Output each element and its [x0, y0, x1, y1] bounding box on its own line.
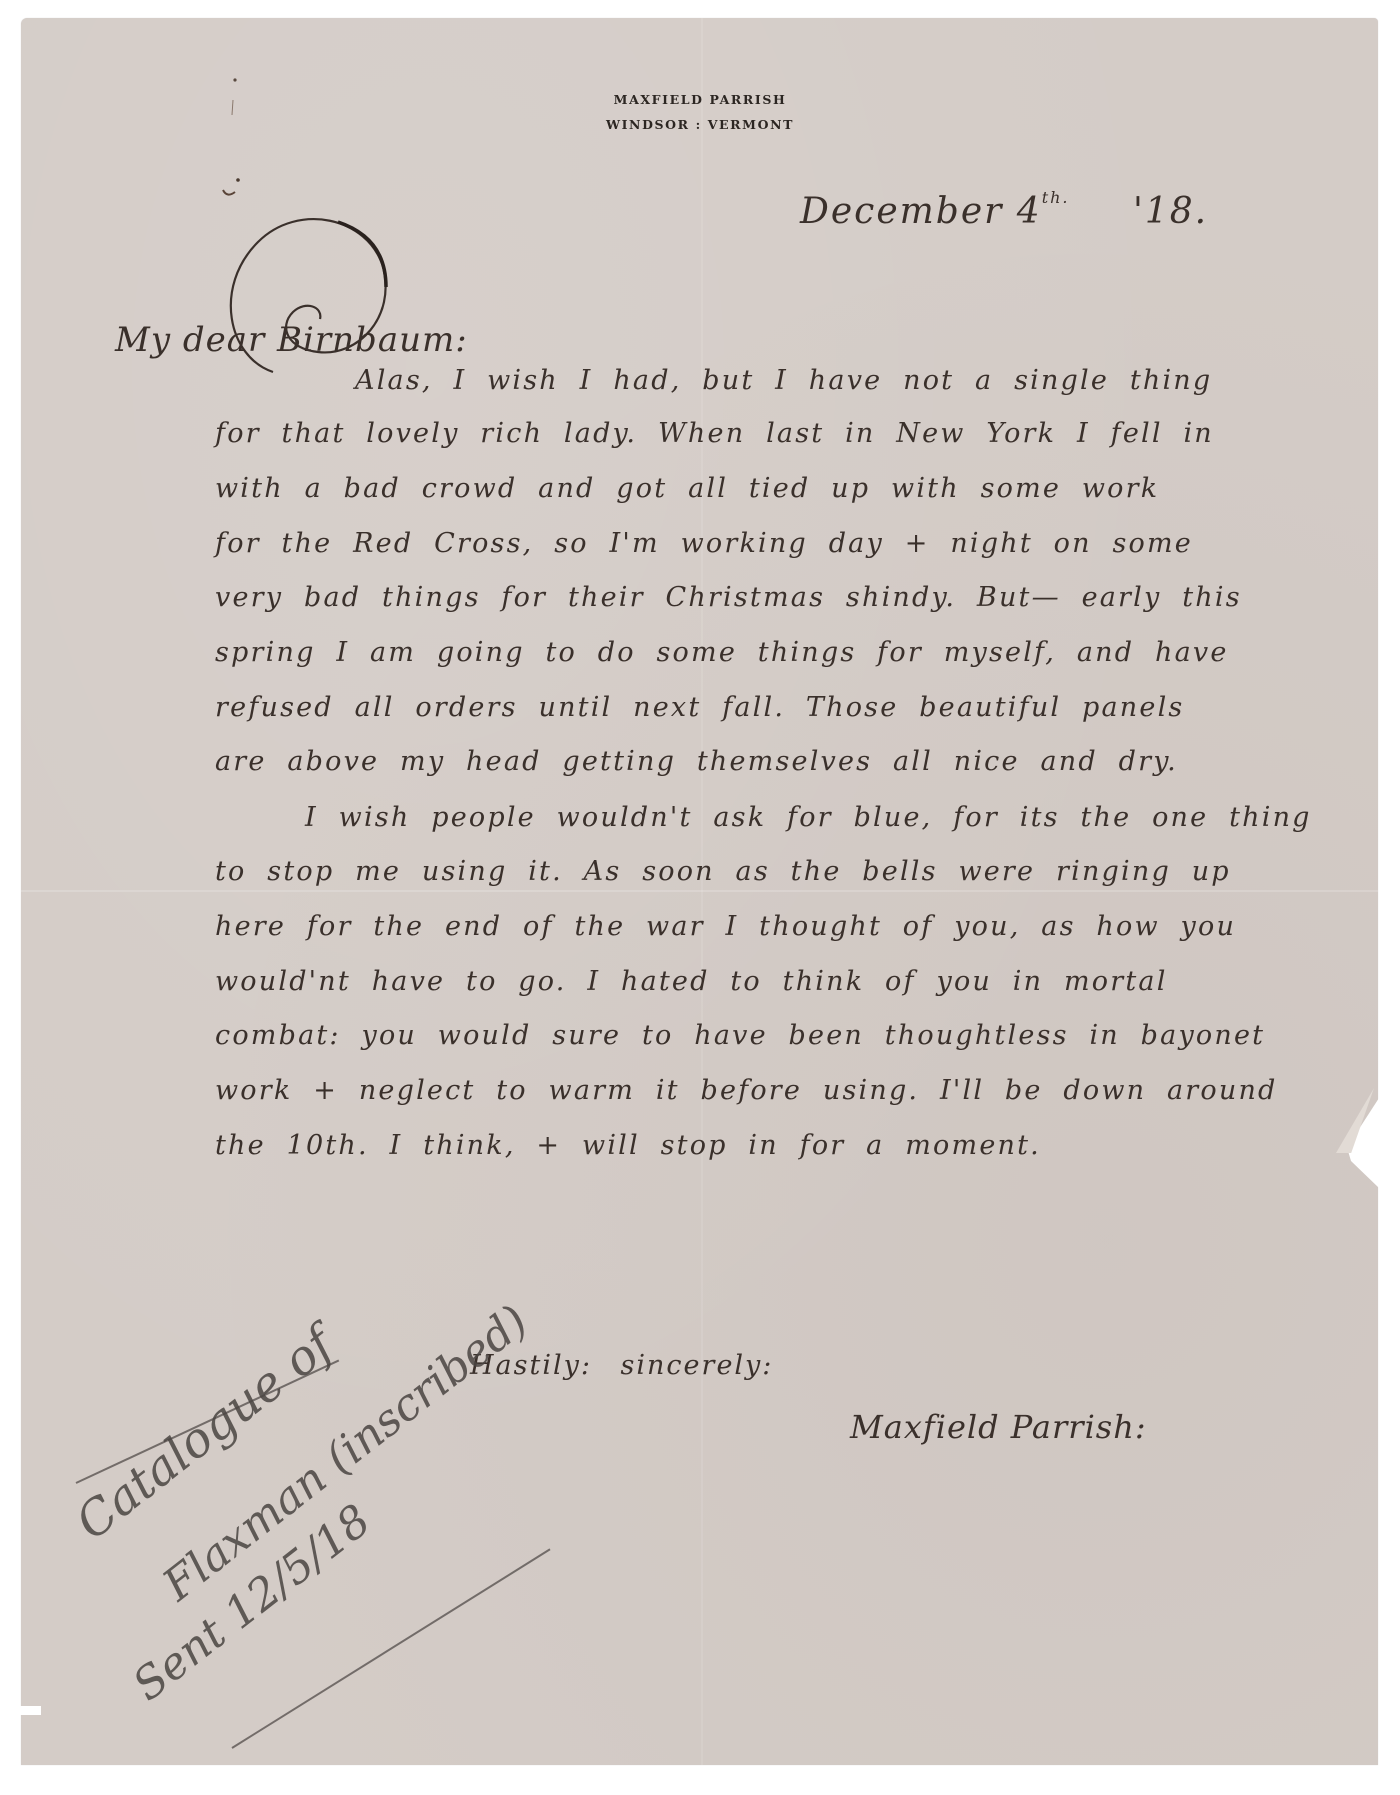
closing: Hastily: sincerely:: [470, 1350, 773, 1381]
body-line: refused all orders until next fall. Thos…: [215, 692, 1184, 723]
body-line: would'nt have to go. I hated to think of…: [215, 966, 1168, 997]
body-line: Alas, I wish I had, but I have not a sin…: [355, 365, 1212, 396]
horizontal-fold-crease: [21, 890, 1378, 892]
date-year: '18.: [1133, 191, 1208, 232]
edge-notch-left: [19, 1706, 41, 1715]
body-line: spring I am going to do some things for …: [215, 637, 1229, 668]
letter-date: December 4th. '18.: [800, 188, 1208, 232]
letterhead-name: MAXFIELD PARRISH: [0, 92, 1400, 107]
body-line: the 10th. I think, + will stop in for a …: [215, 1130, 1041, 1161]
body-line: for the Red Cross, so I'm working day + …: [215, 528, 1193, 559]
signature: Maxfield Parrish:: [850, 1408, 1147, 1446]
ink-spots-decoration: [205, 70, 245, 210]
vertical-fold-crease: [701, 18, 703, 1765]
body-line: I wish people wouldn't ask for blue, for…: [305, 802, 1312, 833]
body-line: with a bad crowd and got all tied up wit…: [215, 473, 1159, 504]
body-line: combat: you would sure to have been thou…: [215, 1020, 1265, 1051]
letterhead-location: WINDSOR : VERMONT: [0, 117, 1400, 132]
body-line: very bad things for their Christmas shin…: [215, 582, 1242, 613]
salutation: My dear Birnbaum:: [115, 320, 468, 360]
body-line: here for the end of the war I thought of…: [215, 911, 1236, 942]
body-line: are above my head getting themselves all…: [215, 746, 1178, 777]
body-line: to stop me using it. As soon as the bell…: [215, 856, 1231, 887]
body-line: work + neglect to warm it before using. …: [215, 1075, 1278, 1106]
date-month-day: December 4: [800, 191, 1042, 232]
date-ordinal: th.: [1042, 188, 1070, 207]
body-line: for that lovely rich lady. When last in …: [215, 418, 1214, 449]
